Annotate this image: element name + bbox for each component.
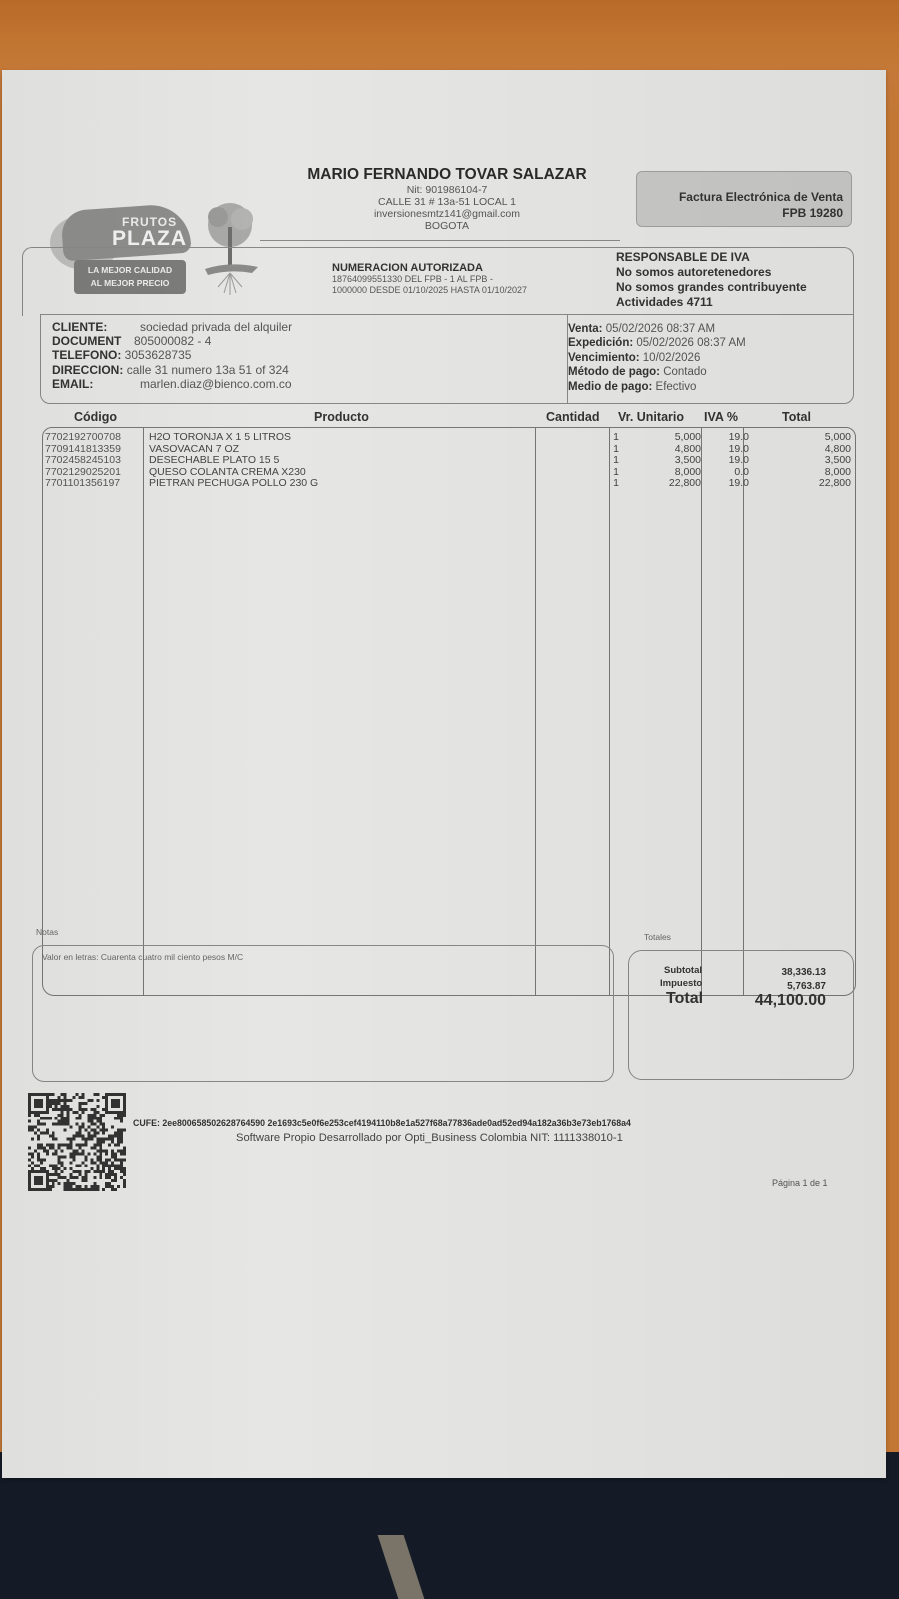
col-header-qty: Cantidad <box>546 410 599 424</box>
address-label: DIRECCION: <box>52 363 123 377</box>
invoice-paper: FRUTOS PLAZA LA MEJOR CALIDAD AL MEJOR P… <box>2 70 886 1478</box>
item-iva: 19.0 <box>729 455 749 467</box>
client-email-row: EMAIL:marlen.diaz@bienco.com.co <box>52 377 532 391</box>
company-name: MARIO FERNANDO TOVAR SALAZAR <box>297 166 597 184</box>
payment-method-label: Método de pago: <box>568 366 660 378</box>
payment-means-row: Medio de pago: Efectivo <box>568 380 858 394</box>
item-code: 7701101356197 <box>45 478 120 490</box>
client-name-row: CLIENTE:sociedad privada del alquiler <box>52 320 532 334</box>
item-product: H2O TORONJA X 1 5 LITROS <box>149 432 291 444</box>
sale-date-value: 05/02/2026 08:37 AM <box>606 323 715 335</box>
company-city: BOGOTA <box>297 220 597 232</box>
sale-date-label: Venta: <box>568 323 603 335</box>
company-info: MARIO FERNANDO TOVAR SALAZAR Nit: 901986… <box>297 166 597 232</box>
item-qty: 1 <box>613 432 619 444</box>
column-divider <box>609 428 610 995</box>
issue-date-row: Expedición: 05/02/2026 08:37 AM <box>568 336 858 350</box>
invoice-type: Factura Electrónica de Venta <box>637 190 843 204</box>
subtotal-value: 38,336.13 <box>782 967 827 978</box>
cufe-code: CUFE: 2ee800658502628764590 2e1693c5e0f6… <box>133 1118 631 1128</box>
amount-in-words: Valor en letras: Cuarenta cuatro mil cie… <box>42 952 243 962</box>
col-header-code: Código <box>74 410 117 424</box>
col-header-unit-price: Vr. Unitario <box>618 410 684 424</box>
tax-info-line: RESPONSABLE DE IVA <box>616 250 856 265</box>
items-table: 7702192700708H2O TORONJA X 1 5 LITROS15,… <box>42 427 856 996</box>
payment-means-label: Medio de pago: <box>568 381 652 393</box>
issue-date-value: 05/02/2026 08:37 AM <box>636 337 745 349</box>
tax-info-line: No somos autoretenedores <box>616 265 856 280</box>
item-code: 7702458245103 <box>45 455 121 467</box>
table-row: 7702458245103DESECHABLE PLATO 15 513,500… <box>43 455 855 467</box>
company-email: inversionesmtz141@gmail.com <box>297 208 597 220</box>
tax-value: 5,763.87 <box>787 981 826 992</box>
column-divider <box>143 428 144 995</box>
client-address-row: DIRECCION: calle 31 numero 13a 51 of 324 <box>52 363 532 377</box>
col-header-iva: IVA % <box>704 410 738 424</box>
phone-label: TELEFONO: <box>52 348 121 362</box>
item-iva: 19.0 <box>729 432 749 444</box>
client-value: sociedad privada del alquiler <box>140 320 292 334</box>
email-value: marlen.diaz@bienco.com.co <box>140 377 292 391</box>
software-credit: Software Propio Desarrollado por Opti_Bu… <box>236 1132 623 1144</box>
tax-responsibility: RESPONSABLE DE IVA No somos autoretenedo… <box>616 250 856 310</box>
company-nit: Nit: 901986104-7 <box>297 184 597 196</box>
company-address: CALLE 31 # 13a-51 LOCAL 1 <box>297 196 597 208</box>
invoice-number-box: Factura Electrónica de Venta FPB 19280 <box>636 171 852 227</box>
item-iva: 19.0 <box>729 478 749 490</box>
table-row: 7701101356197PIETRAN PECHUGA POLLO 230 G… <box>43 478 855 490</box>
item-qty: 1 <box>613 478 619 490</box>
phone-value: 3053628735 <box>125 348 192 362</box>
payment-method-row: Método de pago: Contado <box>568 365 858 379</box>
numbering-line2: 1000000 DESDE 01/10/2025 HASTA 01/10/202… <box>332 285 602 296</box>
notes-box <box>32 945 614 1082</box>
document-value: 805000082 - 4 <box>134 334 211 348</box>
client-phone-row: TELEFONO: 3053628735 <box>52 348 532 362</box>
notes-label: Notas <box>36 927 58 937</box>
table-row: 7702192700708H2O TORONJA X 1 5 LITROS15,… <box>43 432 855 444</box>
client-info: CLIENTE:sociedad privada del alquiler DO… <box>52 320 532 391</box>
item-unit-price: 22,800 <box>669 478 701 490</box>
item-total: 5,000 <box>825 432 851 444</box>
tax-info-line: No somos grandes contribuyente <box>616 280 856 295</box>
tax-label: Impuesto <box>660 978 702 989</box>
invoice-dates: Venta: 05/02/2026 08:37 AM Expedición: 0… <box>568 322 858 394</box>
sale-date-row: Venta: 05/02/2026 08:37 AM <box>568 322 858 336</box>
due-date-label: Vencimiento: <box>568 352 640 364</box>
payment-means-value: Efectivo <box>656 381 697 393</box>
totals-label: Totales <box>644 932 671 942</box>
address-value: calle 31 numero 13a 51 of 324 <box>127 363 289 377</box>
item-total: 22,800 <box>819 478 851 490</box>
item-product: PIETRAN PECHUGA POLLO 230 G <box>149 478 318 490</box>
client-document-row: DOCUMENT805000082 - 4 <box>52 334 532 348</box>
item-product: DESECHABLE PLATO 15 5 <box>149 455 279 467</box>
col-header-product: Producto <box>314 410 369 424</box>
tax-info-line: Actividades 4711 <box>616 295 856 310</box>
item-unit-price: 3,500 <box>675 455 701 467</box>
numbering-title: NUMERACION AUTORIZADA <box>332 262 602 274</box>
column-divider <box>701 428 702 995</box>
document-label: DOCUMENT <box>52 334 134 348</box>
subtotal-label: Subtotal <box>664 965 702 976</box>
numbering-line1: 18764099551330 DEL FPB - 1 AL FPB - <box>332 274 602 285</box>
email-label: EMAIL: <box>52 377 140 391</box>
total-value: 44,100.00 <box>755 992 826 1010</box>
invoice-number: FPB 19280 <box>637 206 843 220</box>
col-header-total: Total <box>782 410 811 424</box>
qr-code-icon <box>28 1093 126 1191</box>
header-divider <box>260 240 620 241</box>
column-divider <box>743 428 744 995</box>
item-qty: 1 <box>613 455 619 467</box>
due-date-row: Vencimiento: 10/02/2026 <box>568 351 858 365</box>
authorized-numbering: NUMERACION AUTORIZADA 18764099551330 DEL… <box>332 262 602 296</box>
issue-date-label: Expedición: <box>568 337 633 349</box>
payment-method-value: Contado <box>663 366 706 378</box>
due-date-value: 10/02/2026 <box>643 352 701 364</box>
item-total: 3,500 <box>825 455 851 467</box>
item-unit-price: 5,000 <box>675 432 701 444</box>
client-label: CLIENTE: <box>52 320 140 334</box>
column-divider <box>535 428 536 995</box>
item-code: 7702192700708 <box>45 432 121 444</box>
page-number: Página 1 de 1 <box>772 1178 828 1188</box>
total-label: Total <box>666 990 703 1008</box>
